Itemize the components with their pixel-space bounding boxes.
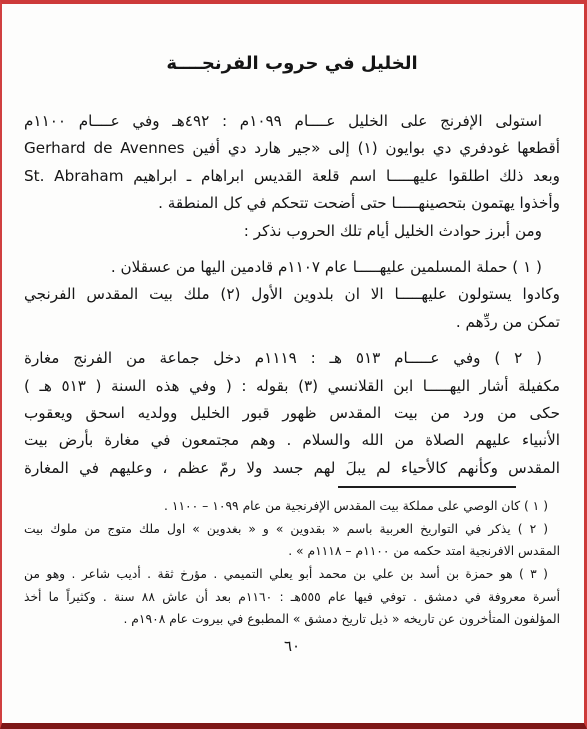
- body-line: الأنبياء عليهم الصلاة من الله والسلام . …: [24, 427, 560, 454]
- body-line: حكى من ورد من بيت المقدس ظهور قبور الخلي…: [24, 400, 560, 427]
- chapter-title: الخليل في حروب الفرنجــــة: [24, 53, 560, 74]
- body-line: تمكن من ردِّهم .: [24, 309, 560, 336]
- page-number: ٦٠: [24, 637, 560, 655]
- page-content: الخليل في حروب الفرنجــــة استولى الإفرن…: [2, 4, 584, 655]
- body-line: ومن أبرز حوادث الخليل أيام تلك الحروب نذ…: [24, 218, 560, 245]
- body-line: ( ٢ ) وفي عـــــام ٥١٣ هـ : ١١١٩م دخل جم…: [24, 345, 560, 372]
- body-text: استولى الإفرنج على الخليل عــــام ١٠٩٩م …: [24, 108, 560, 482]
- body-line: أقطعها غودفري دي بوايون (١) إلى «جير هار…: [24, 135, 560, 162]
- body-line: استولى الإفرنج على الخليل عــــام ١٠٩٩م …: [24, 108, 560, 135]
- body-line: مكفيلة أشار اليهـــــا ابن القلانسي (٣) …: [24, 373, 560, 400]
- footnote-line: ( ١ ) كان الوصي على مملكة بيت المقدس الإ…: [24, 495, 560, 518]
- footnote-line: ( ٢ ) يذكر في التواريخ العربية باسم « بق…: [24, 518, 560, 541]
- footnote-separator: [338, 486, 516, 488]
- body-line: وأخذوا يهتمون بتحصينهـــــا حتى أضحت تتح…: [24, 190, 560, 217]
- book-page: الخليل في حروب الفرنجــــة استولى الإفرن…: [0, 0, 587, 729]
- footnote-line: ( ٣ ) هو حمزة بن أسد بن علي بن محمد أبو …: [24, 563, 560, 586]
- body-line: المقدس وكأنهم كالأحياء لم يبلَ لهم جسد و…: [24, 455, 560, 482]
- footnote-line: أسرة معروفة في دمشق . توفي فيها عام ٥٥٥ه…: [24, 586, 560, 609]
- footnote-line: المؤلفون المتأخرون عن تاريخه « ذيل تاريخ…: [24, 608, 560, 631]
- body-line: وبعد ذلك اطلقوا عليهـــــا اسم قلعة القد…: [24, 163, 560, 190]
- footnotes: ( ١ ) كان الوصي على مملكة بيت المقدس الإ…: [24, 495, 560, 631]
- body-line: ( ١ ) حملة المسلمين عليهـــــا عام ١١٠٧م…: [24, 254, 560, 281]
- body-line: وكادوا يستولون عليهـــــا الا ان بلدوين …: [24, 281, 560, 308]
- footnote-line: المقدس الافرنجية امتد حكمه من ١١٠٠م – ١١…: [24, 540, 560, 563]
